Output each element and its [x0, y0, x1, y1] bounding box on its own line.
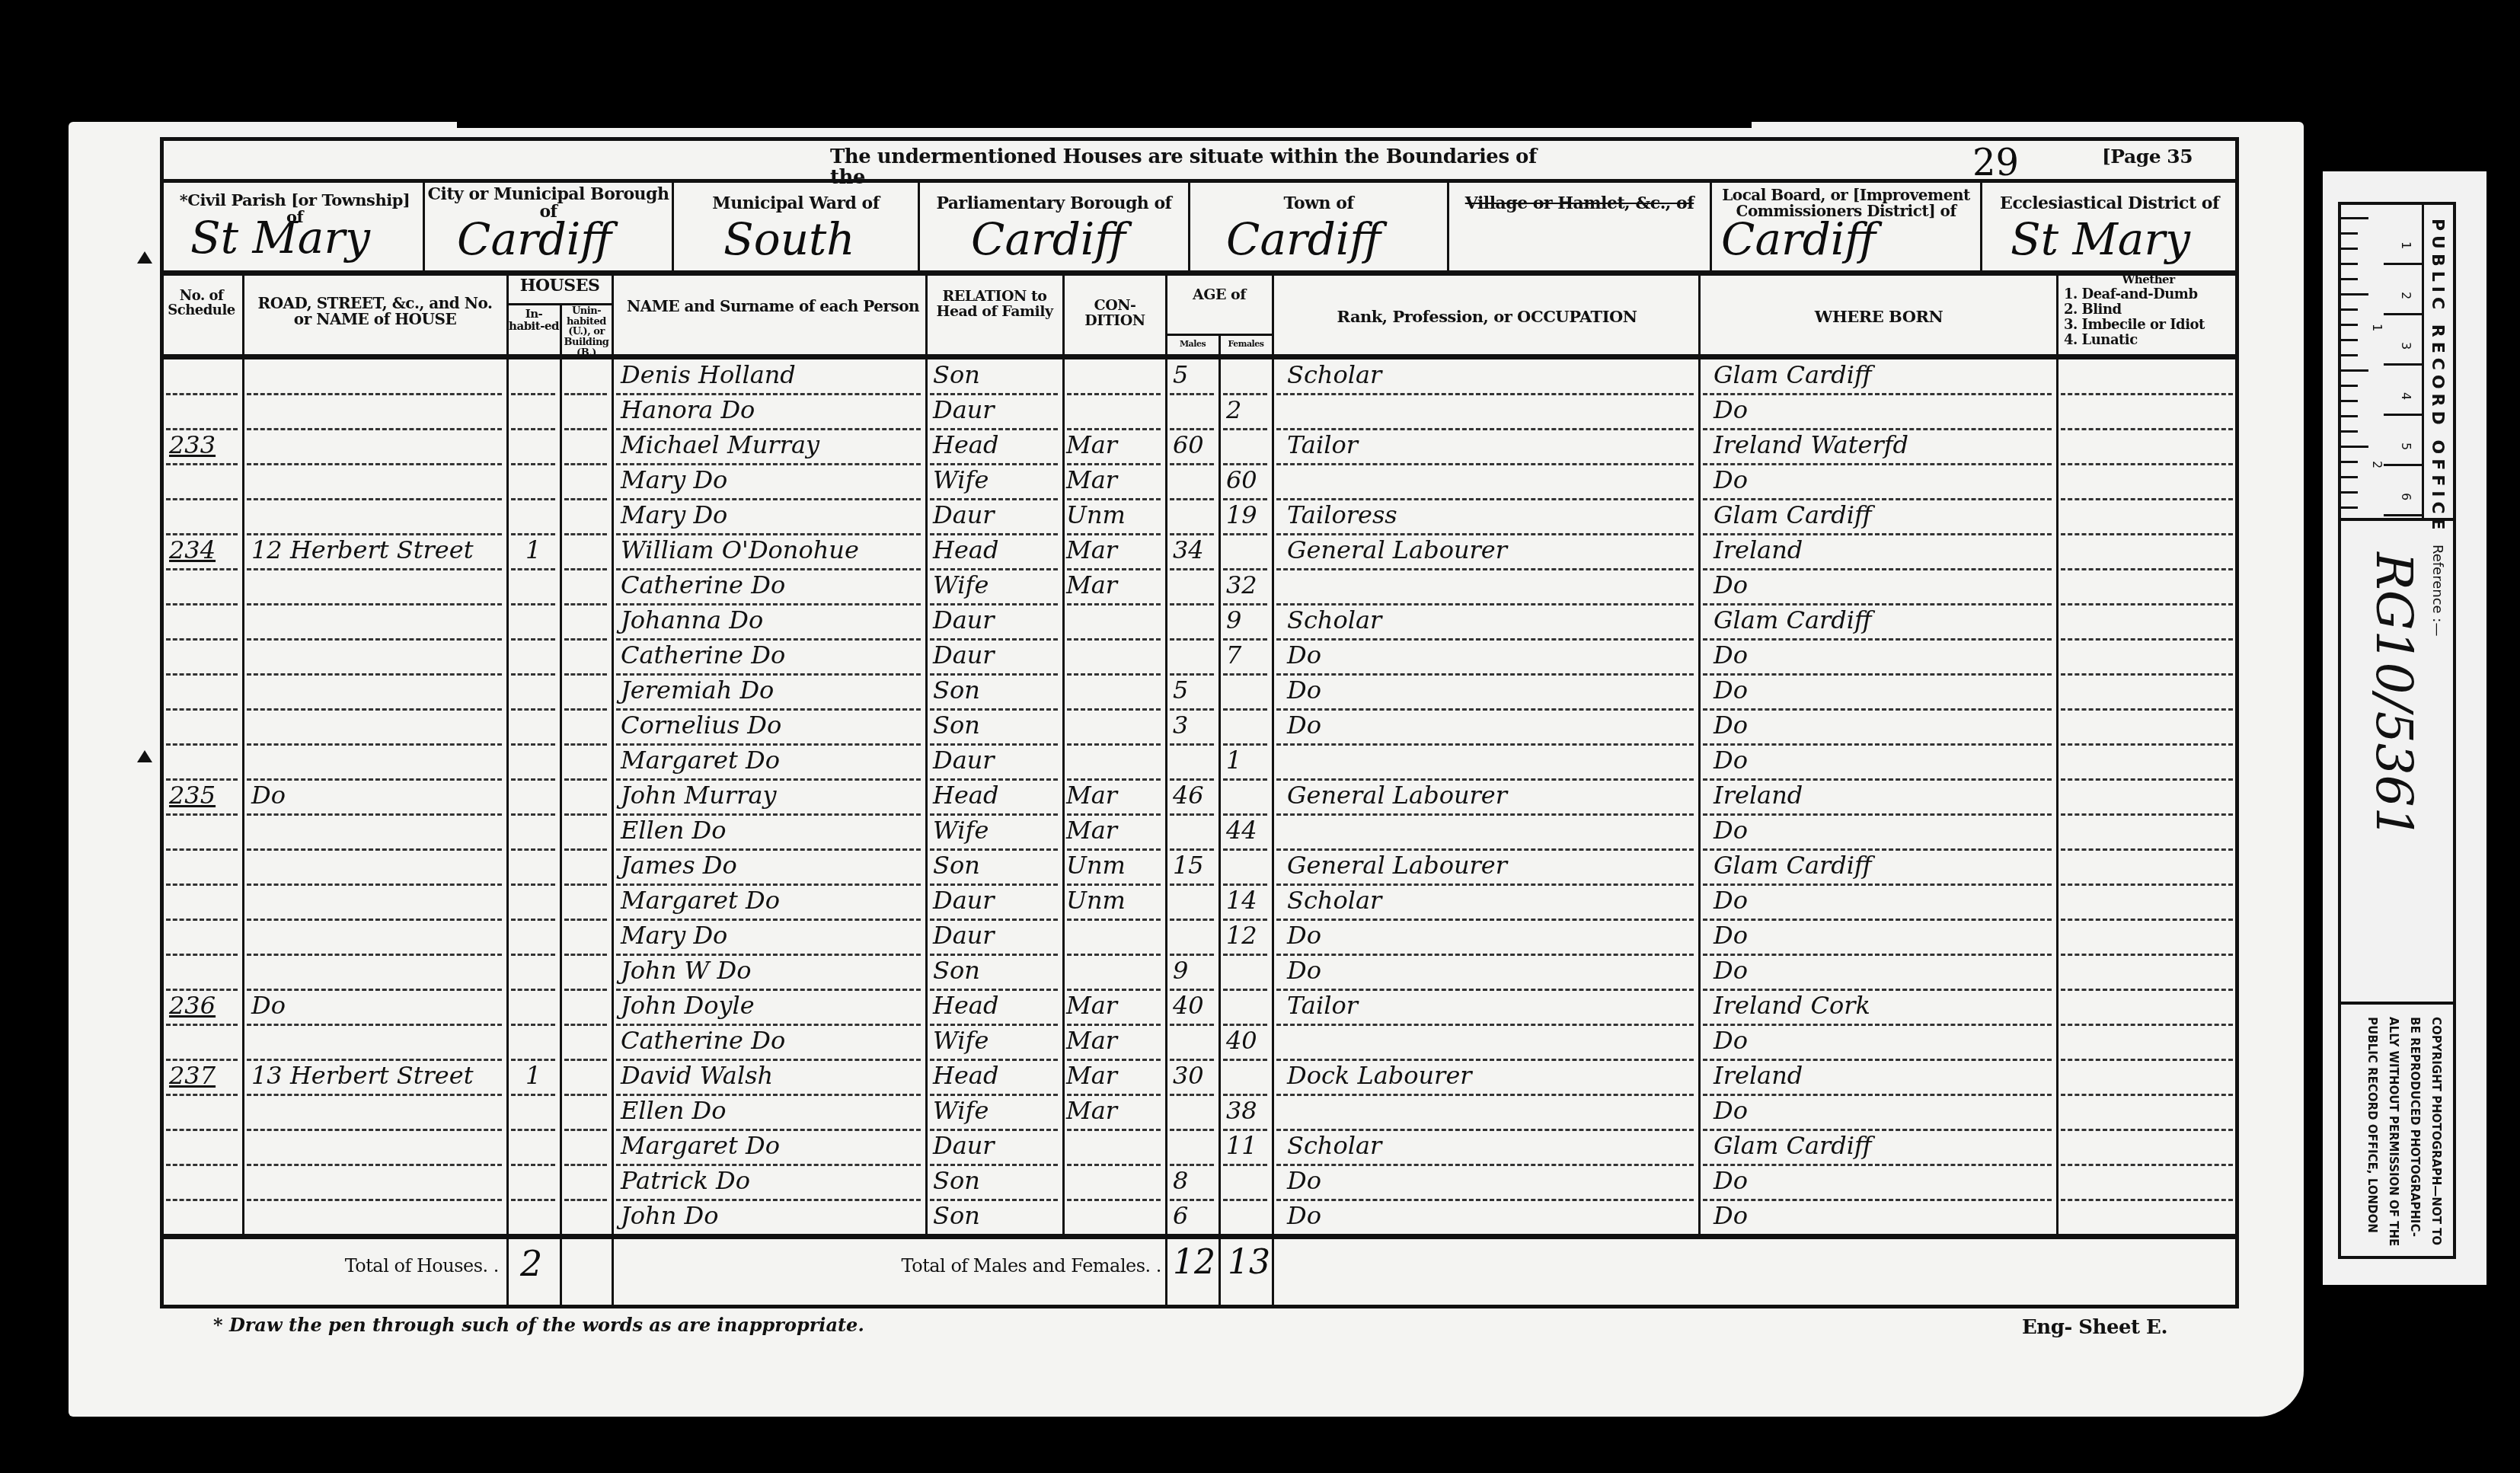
row-rule	[564, 1024, 607, 1026]
ruler-tick	[2341, 278, 2358, 280]
row-rule	[511, 813, 555, 816]
row-rule	[1223, 1059, 1267, 1061]
where-born: Ireland Cork	[1714, 989, 1870, 1022]
row-rule	[1276, 673, 1694, 676]
occupation: Scholar	[1287, 883, 1381, 917]
row-rule	[1703, 954, 2052, 956]
row-rule	[511, 673, 555, 676]
relation: Son	[933, 673, 980, 707]
col-header-road: ROAD, STREET, &c., and No. or NAME of HO…	[248, 296, 503, 328]
row-rule	[564, 919, 607, 921]
row-rule	[1276, 813, 1694, 816]
person-name: Mary Do	[621, 919, 727, 952]
row-rule	[1276, 743, 1694, 746]
locality-label-parliamentary: Parliamentary Borough of	[921, 195, 1187, 212]
row-rule	[1067, 919, 1161, 921]
row-rule	[1067, 954, 1161, 956]
row-rule	[1223, 1164, 1267, 1166]
female-age: 44	[1226, 813, 1257, 847]
male-age: 46	[1173, 778, 1204, 812]
row-rule	[1067, 638, 1161, 641]
row-rule	[2061, 989, 2233, 991]
row-rule	[2061, 778, 2233, 781]
ruler-tick	[2341, 308, 2358, 311]
relation: Head	[933, 778, 998, 812]
where-born: Glam Cardiff	[1714, 603, 1872, 637]
row-rule	[511, 989, 555, 991]
where-born: Do	[1714, 919, 1748, 952]
row-rule	[2061, 1129, 2233, 1131]
road-address: 13 Herbert Street	[251, 1059, 474, 1092]
where-born: Glam Cardiff	[1714, 498, 1872, 532]
col-divider	[1165, 276, 1167, 1308]
row-rule	[166, 813, 238, 816]
reference-label: Reference :—	[2429, 545, 2445, 636]
row-rule	[1170, 883, 1214, 886]
relation: Wife	[933, 568, 989, 602]
ruler-divider	[2384, 263, 2422, 265]
female-age: 14	[1226, 883, 1257, 917]
row-rule	[564, 813, 607, 816]
ruler-tick	[2341, 339, 2358, 341]
where-born: Do	[1714, 393, 1748, 427]
row-rule	[166, 848, 238, 851]
relation: Wife	[933, 813, 989, 847]
row-rule	[564, 1094, 607, 1096]
row-rule	[1703, 568, 2052, 570]
female-age: 32	[1226, 568, 1257, 602]
person-name: Catherine Do	[621, 1024, 785, 1057]
person-name: Catherine Do	[621, 638, 785, 672]
male-age: 3	[1173, 708, 1188, 742]
margin-arrow-icon	[137, 750, 152, 762]
col-divider	[506, 276, 509, 1308]
ruler-inch-number: 1	[2370, 324, 2384, 331]
row-rule	[1703, 393, 2052, 395]
row-rule	[247, 1024, 502, 1026]
row-rule	[1170, 393, 1214, 395]
row-rule	[1276, 954, 1694, 956]
col-divider	[242, 276, 244, 1234]
schedule-number: 235	[169, 778, 216, 812]
row-rule	[2061, 393, 2233, 395]
locality-value-borough: Cardiff	[457, 213, 612, 265]
row-rule	[166, 883, 238, 886]
row-rule	[247, 919, 502, 921]
person-name: David Walsh	[621, 1059, 773, 1092]
row-rule	[1703, 673, 2052, 676]
row-rule	[2061, 883, 2233, 886]
relation: Daur	[933, 498, 995, 532]
row-rule	[1170, 638, 1214, 641]
female-age: 12	[1226, 919, 1257, 952]
occupation: Tailoress	[1287, 498, 1397, 532]
where-born: Ireland	[1714, 1059, 1803, 1092]
relation: Wife	[933, 463, 989, 497]
row-rule	[564, 1164, 607, 1166]
person-name: Johanna Do	[621, 603, 763, 637]
total-houses-value: 2	[520, 1243, 542, 1284]
inhabited-count: 1	[525, 533, 541, 567]
row-rule	[166, 708, 238, 711]
schedule-number: 233	[169, 428, 216, 462]
margin-arrow-icon	[137, 251, 152, 264]
ruler-number: 4	[2399, 392, 2413, 400]
total-persons-label: Total of Males and Females. .	[800, 1257, 1161, 1276]
row-rule	[1067, 1164, 1161, 1166]
condition: Mar	[1066, 428, 1117, 462]
person-name: Hanora Do	[621, 393, 755, 427]
row-rule	[247, 428, 502, 430]
row-rule	[564, 778, 607, 781]
row-rule	[1223, 533, 1267, 535]
ruler-number: 1	[2399, 241, 2413, 249]
torn-edge	[457, 90, 1752, 128]
occupation: Do	[1287, 638, 1321, 672]
ruler-number: 6	[2399, 493, 2413, 500]
relation: Daur	[933, 393, 995, 427]
female-age: 60	[1226, 463, 1257, 497]
ruler-number: 3	[2399, 342, 2413, 350]
row-rule	[511, 883, 555, 886]
row-rule	[511, 919, 555, 921]
female-age: 9	[1226, 603, 1241, 637]
col-divider	[1272, 276, 1274, 1308]
row-rule	[1223, 989, 1267, 991]
sheet-label: Eng- Sheet E.	[2022, 1318, 2167, 1338]
occupation: Do	[1287, 919, 1321, 952]
divider	[2338, 1002, 2456, 1005]
male-age: 5	[1173, 673, 1188, 707]
row-rule	[1170, 743, 1214, 746]
copyright-line-4: PUBLIC RECORD OFFICE, LONDON	[2365, 1017, 2379, 1233]
col-header-infirmity-4: 4. Lunatic	[2064, 334, 2239, 348]
row-rule	[1276, 919, 1694, 921]
copyright-line-2: BE REPRODUCED PHOTOGRAPHIC-	[2408, 1017, 2422, 1237]
divider	[1188, 183, 1190, 270]
row-rule	[1223, 708, 1267, 711]
condition: Mar	[1066, 989, 1117, 1022]
row-rule	[1276, 568, 1694, 570]
row-rule	[2061, 1164, 2233, 1166]
row-rule	[564, 1199, 607, 1201]
row-rule	[511, 778, 555, 781]
locality-value-town: Cardiff	[1226, 213, 1381, 265]
col-header-condition: CON-DITION	[1066, 299, 1164, 329]
row-rule	[166, 1164, 238, 1166]
row-rule	[166, 498, 238, 500]
row-rule	[1067, 673, 1161, 676]
row-rule	[1703, 919, 2052, 921]
where-born: Do	[1714, 813, 1748, 847]
male-age: 15	[1173, 848, 1204, 882]
row-rule	[1276, 463, 1694, 465]
row-rule	[2061, 848, 2233, 851]
col-divider	[1218, 335, 1221, 1308]
male-age: 8	[1173, 1164, 1188, 1197]
condition: Mar	[1066, 533, 1117, 567]
row-rule	[247, 1199, 502, 1201]
row-rule	[1276, 638, 1694, 641]
row-rule	[2061, 743, 2233, 746]
divider	[160, 270, 2239, 276]
ruler-number: 5	[2399, 443, 2413, 450]
occupation: Scholar	[1287, 603, 1381, 637]
occupation: Dock Labourer	[1287, 1059, 1472, 1092]
female-age: 11	[1226, 1129, 1257, 1162]
reference-strip: PUBLIC RECORD OFFICE 12345612 Reference …	[2323, 171, 2486, 1285]
relation: Daur	[933, 743, 995, 777]
relation: Son	[933, 358, 980, 391]
row-rule	[1223, 778, 1267, 781]
where-born: Glam Cardiff	[1714, 1129, 1872, 1162]
row-rule	[2061, 1024, 2233, 1026]
row-rule	[511, 1199, 555, 1201]
ruler-tick	[2341, 369, 2368, 372]
row-rule	[511, 638, 555, 641]
divider	[1710, 183, 1712, 270]
ruler-tick	[2341, 400, 2358, 402]
row-rule	[247, 1094, 502, 1096]
row-rule	[166, 568, 238, 570]
row-rule	[1170, 603, 1214, 605]
col-header-houses: HOUSES	[509, 277, 611, 295]
where-born: Ireland	[1714, 533, 1803, 567]
relation: Daur	[933, 919, 995, 952]
female-age: 40	[1226, 1024, 1257, 1057]
row-rule	[511, 708, 555, 711]
row-rule	[564, 428, 607, 430]
row-rule	[2061, 1059, 2233, 1061]
row-rule	[1276, 1094, 1694, 1096]
row-rule	[1223, 848, 1267, 851]
row-rule	[166, 919, 238, 921]
condition: Mar	[1066, 813, 1117, 847]
ruler-divider	[2384, 464, 2422, 466]
person-name: Jeremiah Do	[621, 673, 774, 707]
locality-label-ecclesiastical: Ecclesiastical District of	[1984, 195, 2235, 212]
divider	[160, 354, 2239, 359]
relation: Daur	[933, 638, 995, 672]
col-divider	[1062, 276, 1065, 1234]
row-rule	[247, 1164, 502, 1166]
row-rule	[564, 1129, 607, 1131]
ruler-tick	[2341, 263, 2358, 265]
occupation: Do	[1287, 1164, 1321, 1197]
divider	[2338, 518, 2456, 521]
row-rule	[2061, 568, 2233, 570]
row-rule	[1067, 743, 1161, 746]
ruler-divider	[2384, 514, 2422, 516]
row-rule	[1703, 638, 2052, 641]
occupation: Do	[1287, 708, 1321, 742]
row-rule	[1276, 1024, 1694, 1026]
row-rule	[511, 1129, 555, 1131]
row-rule	[511, 1094, 555, 1096]
ruler-tick	[2341, 430, 2358, 433]
row-rule	[511, 463, 555, 465]
row-rule	[247, 673, 502, 676]
row-rule	[166, 603, 238, 605]
where-born: Do	[1714, 954, 1748, 987]
schedule-number: 237	[169, 1059, 216, 1092]
row-rule	[1703, 883, 2052, 886]
ruler-inch-number: 2	[2370, 461, 2384, 468]
relation: Son	[933, 1164, 980, 1197]
divider	[1980, 183, 1982, 270]
relation: Son	[933, 954, 980, 987]
col-divider	[925, 276, 928, 1234]
col-divider	[1698, 276, 1701, 1234]
relation: Daur	[933, 603, 995, 637]
male-age: 9	[1173, 954, 1188, 987]
ruler-tick	[2341, 491, 2358, 494]
col-header-infirmity-title: Whether	[2061, 274, 2236, 286]
occupation: General Labourer	[1287, 848, 1507, 882]
occupation: Do	[1287, 1199, 1321, 1232]
schedule-number: 236	[169, 989, 216, 1022]
occupation: General Labourer	[1287, 533, 1507, 567]
row-rule	[166, 638, 238, 641]
where-born: Do	[1714, 883, 1748, 917]
condition: Mar	[1066, 1059, 1117, 1092]
row-rule	[247, 463, 502, 465]
condition: Mar	[1066, 568, 1117, 602]
row-rule	[564, 393, 607, 395]
row-rule	[247, 638, 502, 641]
row-rule	[166, 743, 238, 746]
row-rule	[247, 883, 502, 886]
occupation: Do	[1287, 673, 1321, 707]
row-rule	[2061, 603, 2233, 605]
relation: Daur	[933, 883, 995, 917]
locality-value-ecclesiastical: St Mary	[2011, 213, 2190, 265]
row-rule	[564, 568, 607, 570]
ruler-tick	[2341, 217, 2368, 219]
person-name: John Doyle	[621, 989, 755, 1022]
row-rule	[166, 673, 238, 676]
row-rule	[1170, 568, 1214, 570]
person-name: John W Do	[621, 954, 751, 987]
row-rule	[1276, 393, 1694, 395]
copyright-line-3: ALLY WITHOUT PERMISSION OF THE	[2387, 1017, 2400, 1246]
row-rule	[1703, 1164, 2052, 1166]
folio-number: 29	[1972, 142, 2019, 184]
where-born: Do	[1714, 1199, 1748, 1232]
row-rule	[564, 708, 607, 711]
total-males: 12	[1173, 1243, 1215, 1282]
row-rule	[2061, 813, 2233, 816]
page-number: [Page 35	[2102, 147, 2193, 167]
row-rule	[1703, 463, 2052, 465]
female-age: 1	[1226, 743, 1241, 777]
row-rule	[247, 568, 502, 570]
male-age: 34	[1173, 533, 1204, 567]
row-rule	[2061, 1199, 2233, 1201]
occupation: General Labourer	[1287, 778, 1507, 812]
ruler-tick	[2341, 354, 2358, 356]
row-rule	[564, 533, 607, 535]
row-rule	[1703, 813, 2052, 816]
row-rule	[247, 813, 502, 816]
where-born: Ireland Waterfd	[1714, 428, 1908, 462]
road-address: 12 Herbert Street	[251, 533, 474, 567]
ruler-tick	[2341, 446, 2368, 448]
row-rule	[1223, 954, 1267, 956]
row-rule	[166, 393, 238, 395]
row-rule	[1170, 813, 1214, 816]
ruler-tick	[2341, 324, 2358, 326]
row-rule	[511, 498, 555, 500]
person-name: Margaret Do	[621, 883, 780, 917]
reference-value: RG10/5361	[2365, 552, 2423, 839]
row-rule	[511, 743, 555, 746]
male-age: 5	[1173, 358, 1188, 391]
row-rule	[2061, 673, 2233, 676]
row-rule	[511, 428, 555, 430]
person-name: Mary Do	[621, 463, 727, 497]
row-rule	[511, 603, 555, 605]
divider	[918, 183, 920, 270]
row-rule	[1223, 673, 1267, 676]
where-born: Do	[1714, 463, 1748, 497]
ruler-divider	[2384, 363, 2422, 366]
row-rule	[166, 1129, 238, 1131]
row-rule	[564, 743, 607, 746]
col-header-schedule: No. of Schedule	[161, 289, 241, 318]
row-rule	[247, 603, 502, 605]
row-rule	[511, 1024, 555, 1026]
ruler-tick	[2341, 293, 2368, 296]
row-rule	[166, 1199, 238, 1201]
locality-value-parish: St Mary	[190, 212, 370, 264]
condition: Mar	[1066, 1094, 1117, 1127]
row-rule	[511, 954, 555, 956]
row-rule	[247, 1129, 502, 1131]
row-rule	[564, 954, 607, 956]
footnote: * Draw the pen through such of the words…	[213, 1314, 864, 1336]
col-header-females: Females	[1220, 340, 1272, 349]
relation: Son	[933, 1199, 980, 1232]
row-rule	[247, 498, 502, 500]
row-rule	[1170, 919, 1214, 921]
locality-label-town: Town of	[1192, 195, 1445, 212]
row-rule	[1067, 393, 1161, 395]
person-name: Margaret Do	[621, 743, 780, 777]
relation: Son	[933, 708, 980, 742]
male-age: 60	[1173, 428, 1204, 462]
where-born: Do	[1714, 638, 1748, 672]
row-rule	[2061, 533, 2233, 535]
row-rule	[1067, 603, 1161, 605]
condition: Unm	[1066, 848, 1126, 882]
where-born: Glam Cardiff	[1714, 358, 1872, 391]
office-label: PUBLIC RECORD OFFICE	[2428, 219, 2447, 535]
row-rule	[2061, 1094, 2233, 1096]
ruler-tick	[2341, 415, 2358, 417]
locality-value-parliamentary: Cardiff	[971, 213, 1126, 265]
row-rule	[2061, 638, 2233, 641]
occupation: Tailor	[1287, 989, 1358, 1022]
divider	[160, 1234, 2239, 1239]
row-rule	[166, 1024, 238, 1026]
where-born: Glam Cardiff	[1714, 848, 1872, 882]
ruler-tick	[2341, 461, 2358, 463]
row-rule	[1067, 708, 1161, 711]
row-rule	[1223, 428, 1267, 430]
ruler-divider	[2384, 414, 2422, 416]
person-name: John Do	[621, 1199, 718, 1232]
